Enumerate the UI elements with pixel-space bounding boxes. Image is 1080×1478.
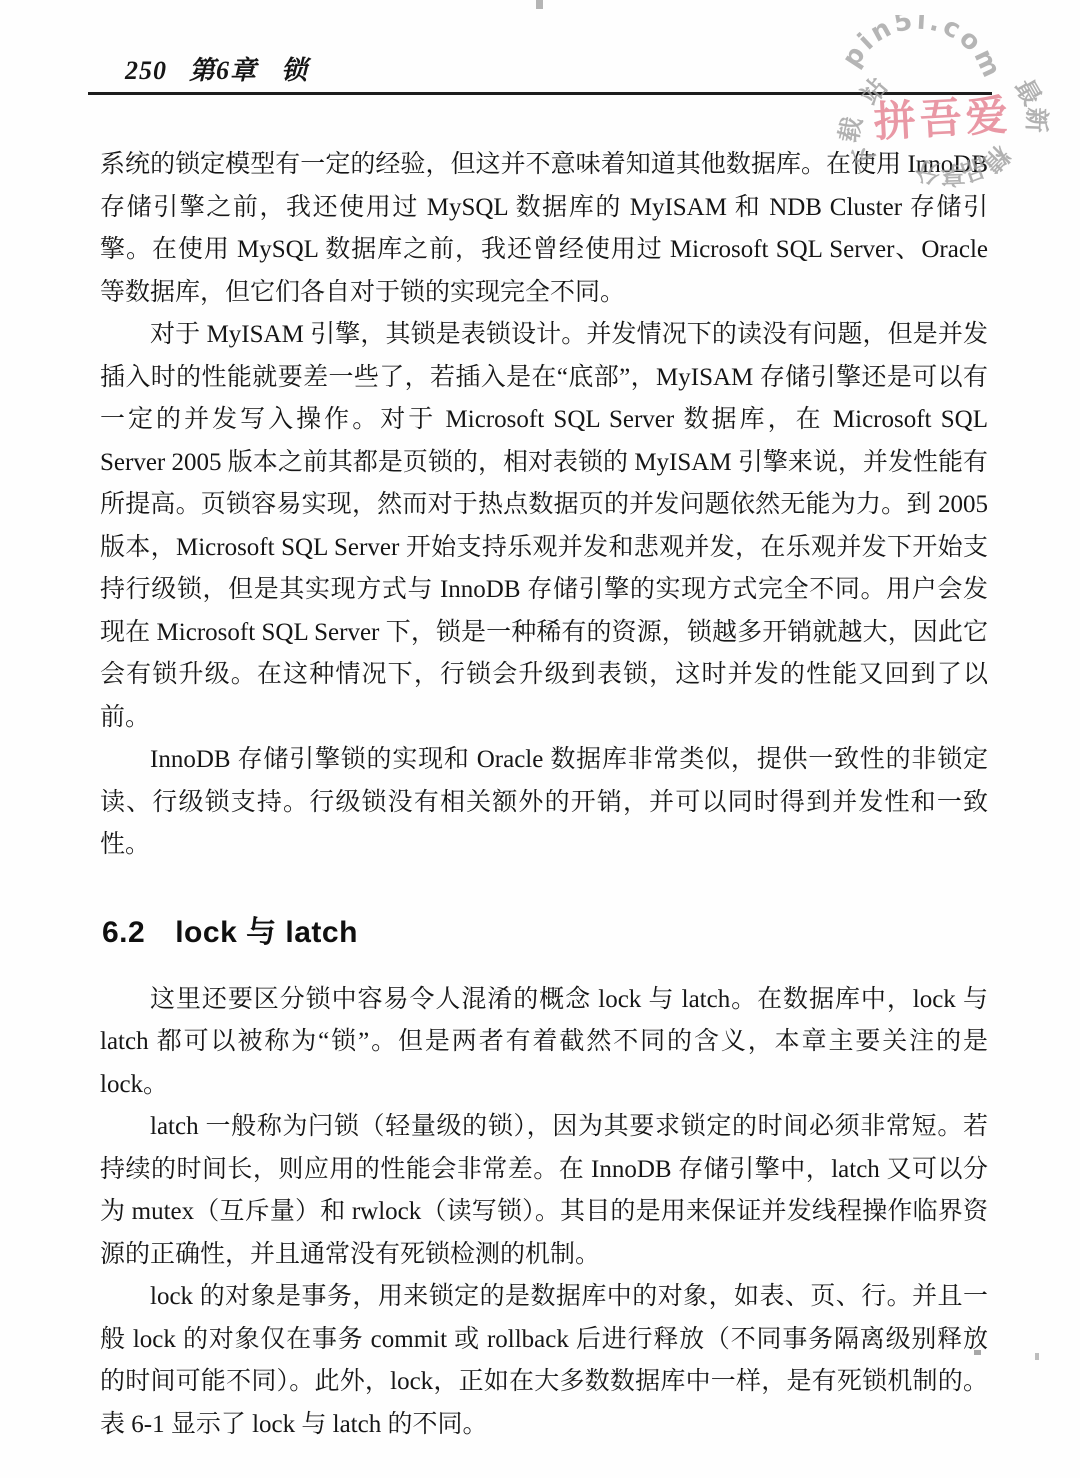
page-body: 系统的锁定模型有一定的经验，但这并不意味着知道其他数据库。在使用 InnoDB … (100, 144, 988, 1446)
chapter-label: 第6章 (189, 56, 257, 85)
watermark-ring-char: 载 (834, 114, 868, 144)
page-number: 250 (125, 56, 167, 85)
scan-artifact (536, 0, 543, 9)
body-paragraph: lock 的对象是事务，用来锁定的是数据库中的对象，如表、页、行。并且一般 lo… (100, 1276, 988, 1446)
running-header: 250第6章锁 (88, 50, 992, 95)
scan-artifact (974, 1350, 981, 1355)
section-number: 6.2 (102, 916, 145, 949)
section-title: lock 与 latch (175, 916, 358, 949)
body-paragraph: InnoDB 存储引擎锁的实现和 Oracle 数据库非常类似，提供一致性的非锁… (100, 739, 988, 867)
body-paragraph: latch 一般称为闩锁（轻量级的锁），因为其要求锁定的时间必须非常短。若持续的… (100, 1106, 988, 1276)
chapter-title: 锁 (281, 56, 308, 85)
watermark-ring-char: 新 (1022, 107, 1052, 133)
watermark-center-text: 拼吾爱 (872, 90, 1012, 146)
body-paragraph: 对于 MyISAM 引擎，其锁是表锁设计。并发情况下的读没有问题，但是并发插入时… (100, 314, 988, 739)
body-paragraph: 系统的锁定模型有一定的经验，但这并不意味着知道其他数据库。在使用 InnoDB … (100, 144, 988, 314)
scan-artifact (1035, 1353, 1039, 1360)
section-heading: 6.2lock 与 latch (102, 907, 988, 951)
book-page: 250第6章锁 系统的锁定模型有一定的经验，但这并不意味着知道其他数据库。在使用… (0, 0, 1080, 1478)
watermark-ring-char: 最 (1009, 74, 1047, 110)
body-paragraph: 这里还要区分锁中容易令人混淆的概念 lock 与 latch。在数据库中，loc… (100, 979, 988, 1107)
